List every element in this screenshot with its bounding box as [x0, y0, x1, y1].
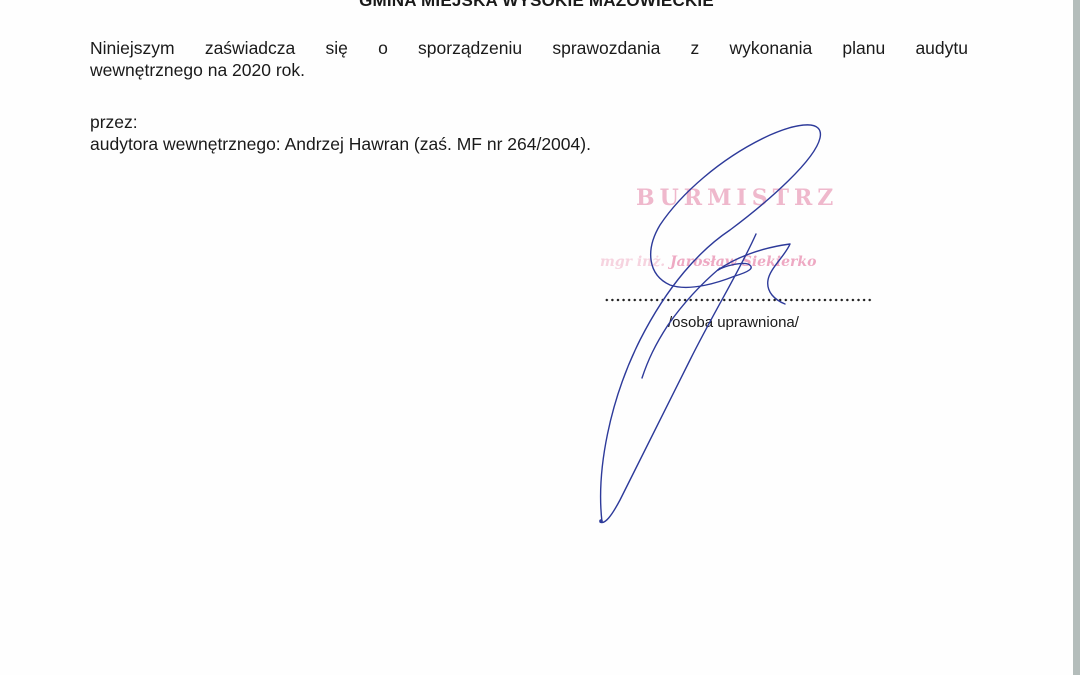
certification-text-line-2: wewnętrznego na 2020 rok. — [90, 60, 305, 81]
by-label: przez: — [90, 112, 138, 133]
scan-edge-strip — [1073, 0, 1080, 675]
auditor-line: audytora wewnętrznego: Andrzej Hawran (z… — [90, 134, 591, 155]
certification-text-line-1: Niniejszym zaświadcza się o sporządzeniu… — [90, 38, 968, 59]
document-page: GMINA MIEJSKA WYSOKIE MAZOWIECKIE Niniej… — [0, 0, 1073, 675]
stamp-name-text: Jarosław Siekierko — [670, 254, 816, 270]
signature-dotted-line — [604, 298, 872, 302]
stamp-name-prefix: mgr inż. — [600, 254, 665, 270]
stamp-name: mgr inż. Jarosław Siekierko — [600, 254, 816, 270]
signature-label: /osoba uprawniona/ — [668, 314, 799, 331]
stamp-title: BURMISTRZ — [636, 185, 838, 211]
document-heading: GMINA MIEJSKA WYSOKIE MAZOWIECKIE — [0, 0, 1073, 11]
